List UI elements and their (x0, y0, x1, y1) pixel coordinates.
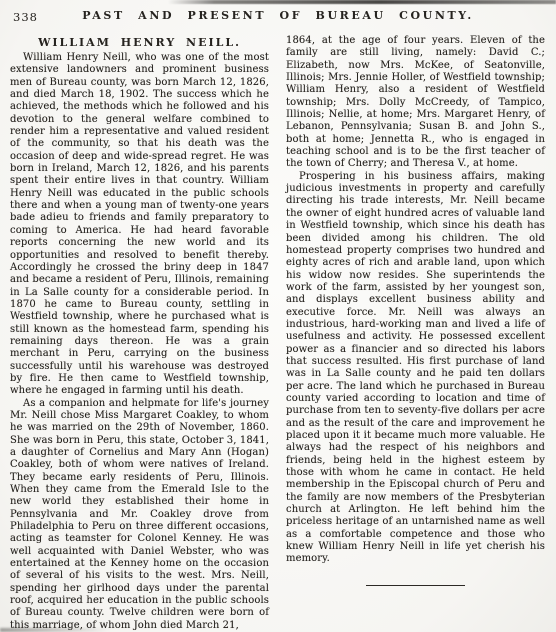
page-header: 338 PAST AND PRESENT OF BUREAU COUNTY. (0, 9, 556, 24)
page-number: 338 (13, 10, 38, 24)
paragraph: As a companion and helpmate for life's j… (10, 398, 269, 632)
left-column: WILLIAM HENRY NEILL. William Henry Neill… (10, 35, 269, 632)
scan-artifact-top-edge (168, 0, 556, 4)
running-title: PAST AND PRESENT OF BUREAU COUNTY. (0, 9, 556, 22)
scan-artifact-bottom-edge (0, 628, 110, 632)
article-title: WILLIAM HENRY NEILL. (10, 36, 269, 49)
book-page: 338 PAST AND PRESENT OF BUREAU COUNTY. W… (0, 0, 556, 632)
right-column: 1864, at the age of four years. Eleven o… (286, 35, 545, 586)
paragraph-continuation: 1864, at the age of four years. Eleven o… (286, 35, 545, 171)
two-column-text-block: WILLIAM HENRY NEILL. William Henry Neill… (0, 24, 556, 632)
paragraph: Prospering in his business affairs, maki… (286, 171, 545, 566)
section-divider-rule (366, 585, 465, 586)
paragraph: William Henry Neill, who was one of the … (10, 52, 269, 398)
